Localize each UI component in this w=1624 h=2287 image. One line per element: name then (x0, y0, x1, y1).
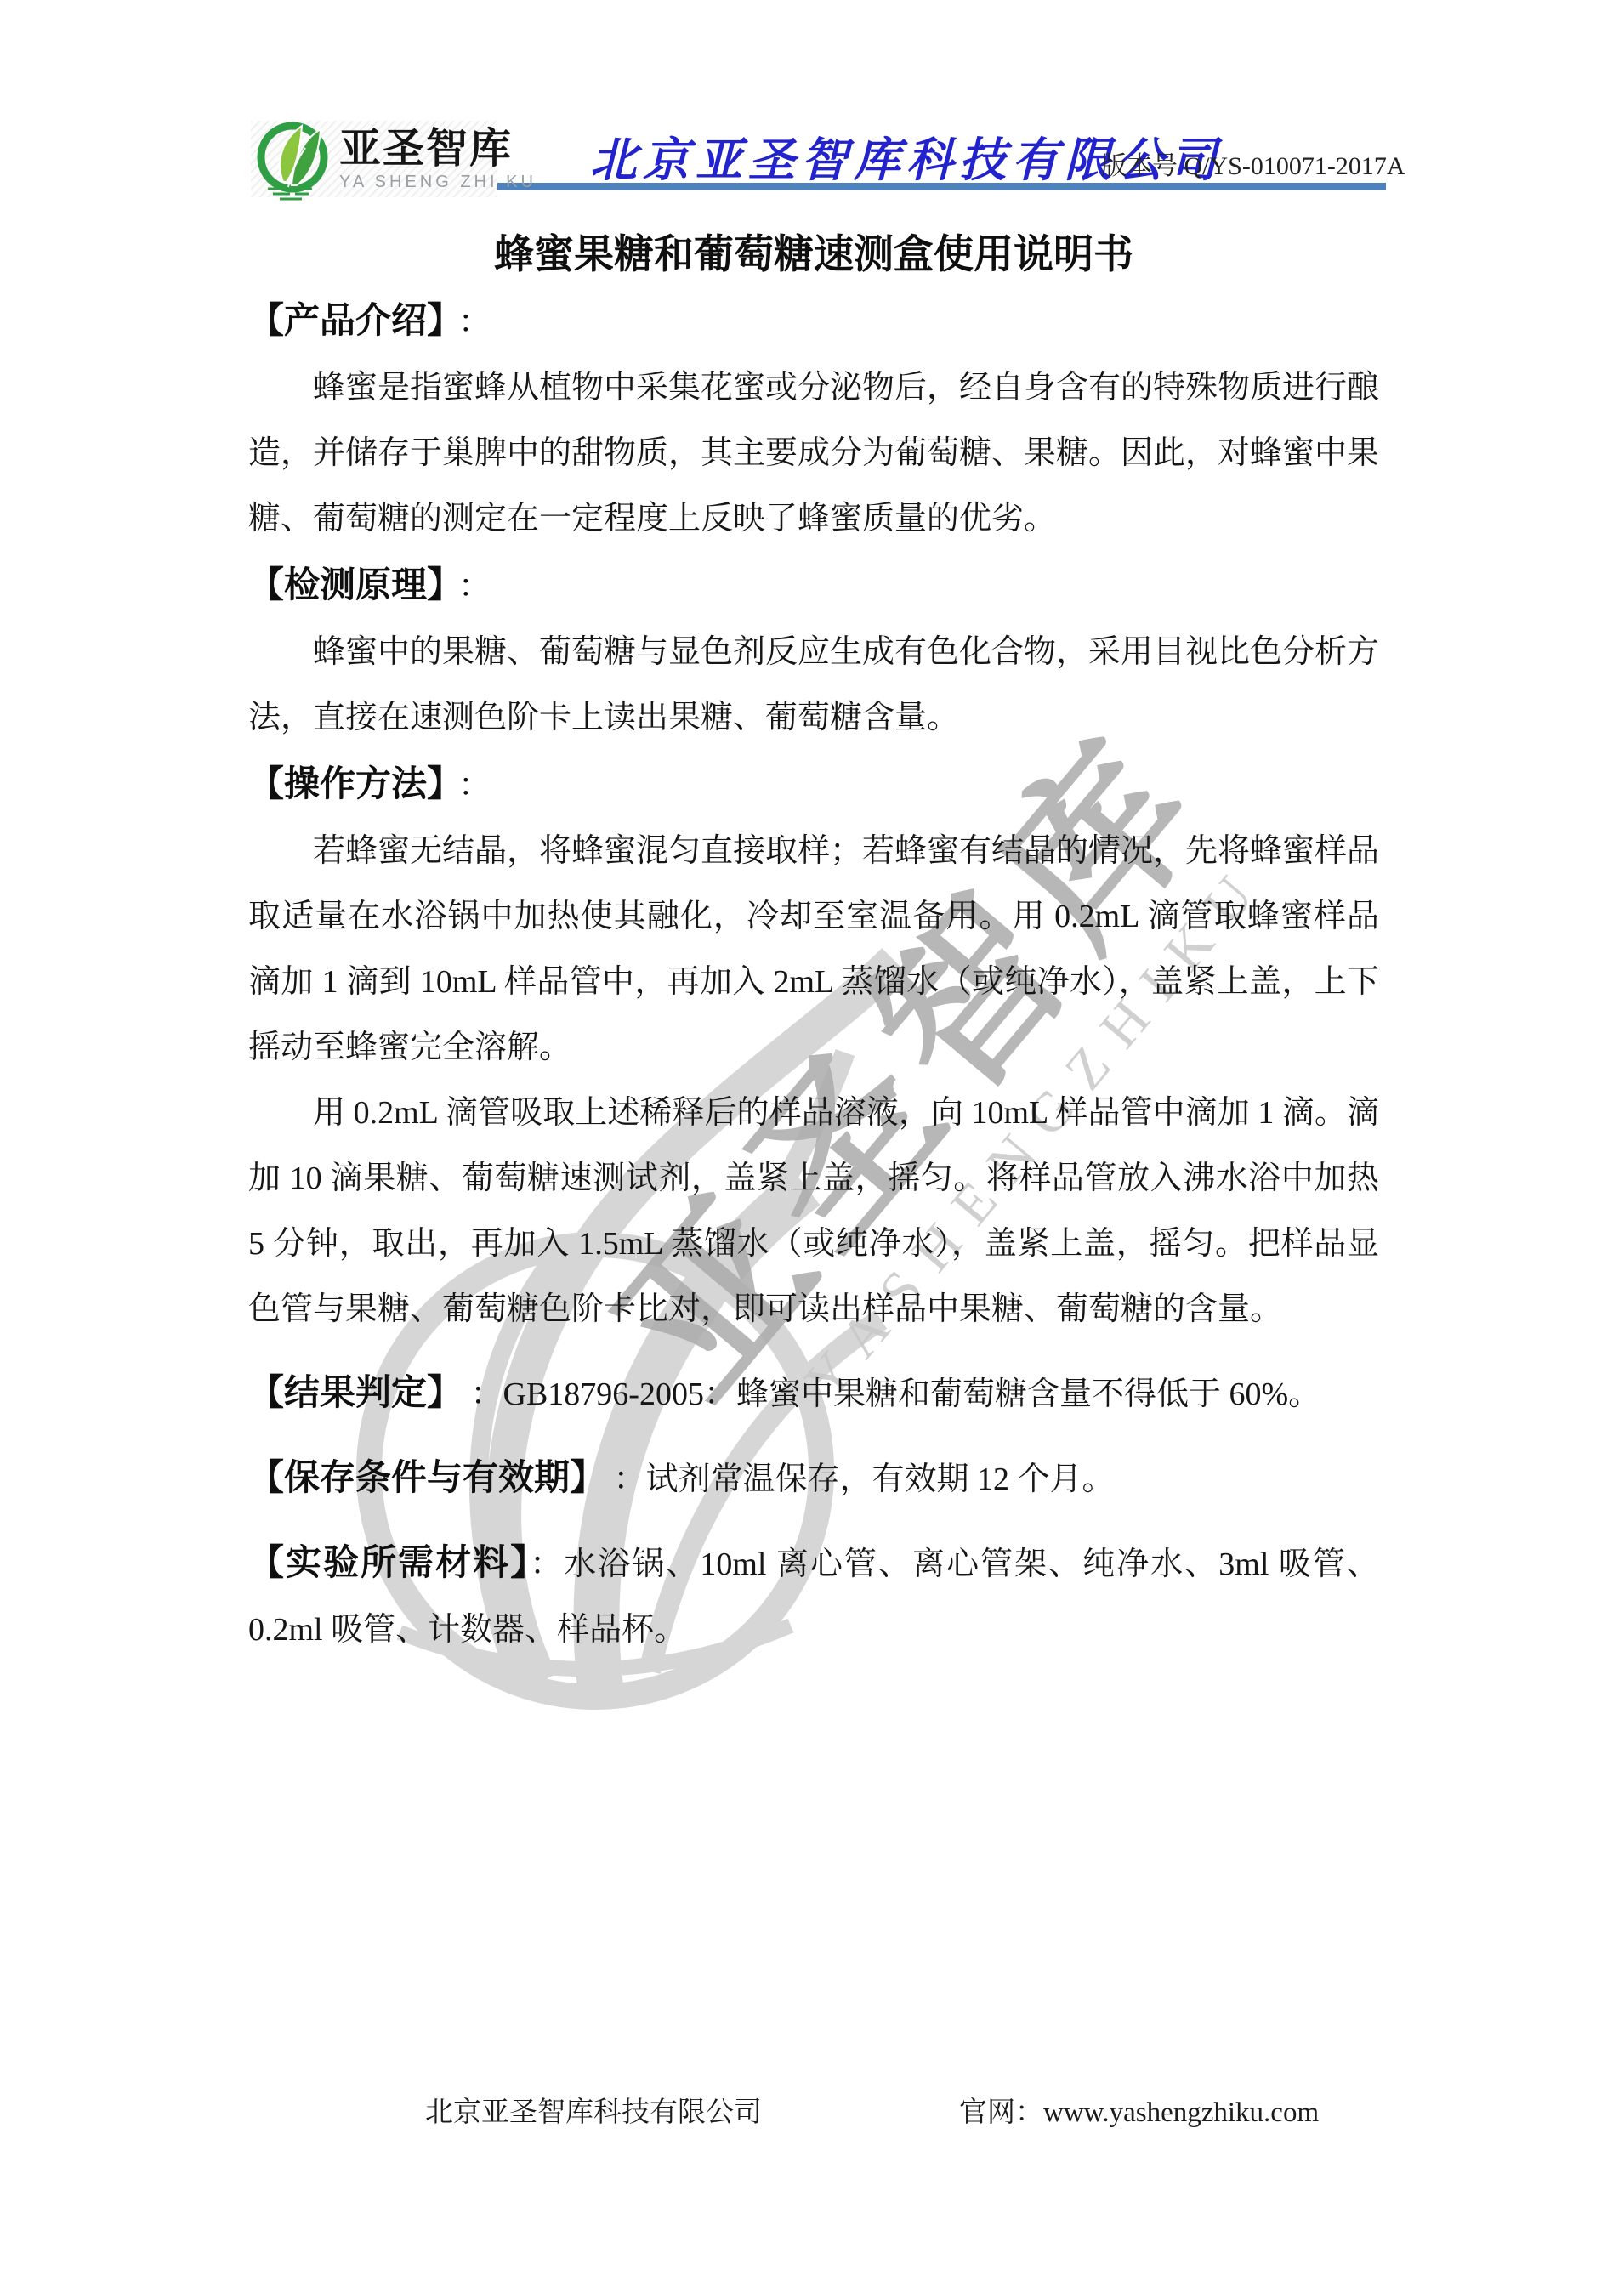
section-heading-text: 【检测原理】 (248, 565, 445, 604)
heading-colon: ： (458, 304, 491, 340)
logo-name-en: YA SHENG ZHI KU (339, 173, 494, 192)
section-heading-detection-principle: 【检测原理】： (248, 552, 1379, 620)
page-title: 蜂蜜果糖和葡萄糖速测盒使用说明书 (248, 221, 1379, 287)
page-footer: 北京亚圣智库科技有限公司 官网：www.yashengzhiku.com (0, 2090, 1624, 2141)
section-heading-text: 【保存条件与有效期】 (248, 1457, 605, 1497)
document-page: 亚圣智库 YASHENGZHIKU 亚圣智库 YA SHENG ZHI KU (0, 0, 1624, 2287)
document-content: 蜂蜜果糖和葡萄糖速测盒使用说明书 【产品介绍】： 蜂蜜是指蜜蜂从植物中采集花蜜或… (248, 221, 1379, 1663)
footer-website-url: www.yashengzhiku.com (1043, 2097, 1319, 2128)
paragraph-product-intro: 蜂蜜是指蜜蜂从植物中采集花蜜或分泌物后，经自身含有的特殊物质进行酿造，并储存于巢… (248, 355, 1379, 552)
logo-text: 亚圣智库 YA SHENG ZHI KU (339, 128, 494, 192)
paragraph-operation-method-2: 用 0.2mL 滴管吸取上述稀释后的样品溶液，向 10mL 样品管中滴加 1 滴… (248, 1081, 1379, 1342)
footer-website: 官网：www.yashengzhiku.com (959, 2090, 1319, 2130)
leaf-circle-logo-icon (253, 117, 336, 201)
footer-website-label: 官网： (959, 2097, 1043, 2128)
company-logo: 亚圣智库 YA SHENG ZHI KU (251, 121, 497, 197)
section-heading-text: 【操作方法】 (248, 763, 445, 803)
section-heading-text: 【实验所需材料】 (248, 1542, 530, 1582)
logo-name-zh: 亚圣智库 (339, 128, 494, 171)
section-required-materials: 【实验所需材料】：水浴锅、10ml 离心管、离心管架、纯净水、3ml 吸管、0.… (248, 1529, 1379, 1663)
section-heading-operation-method: 【操作方法】： (248, 751, 1379, 819)
paragraph-detection-principle: 蜂蜜中的果糖、葡萄糖与显色剂反应生成有色化合物，采用目视比色分析方法，直接在速测… (248, 620, 1379, 751)
heading-colon: ： (458, 768, 491, 803)
section-heading-text: 【产品介绍】 (248, 300, 445, 340)
page-header: 亚圣智库 YA SHENG ZHI KU 北京亚圣智库科技有限公司 版本号 Q/… (0, 0, 1624, 204)
section-storage-validity: 【保存条件与有效期】 ：试剂常温保存，有效期 12 个月。 (248, 1444, 1379, 1512)
section-heading-product-intro: 【产品介绍】： (248, 287, 1379, 355)
section-result-judgement: 【结果判定】 ：GB18796-2005：蜂蜜中果糖和葡萄糖含量不得低于 60%… (248, 1359, 1379, 1427)
version-number: 版本号 Q/YS-010071-2017A (1101, 145, 1405, 182)
paragraph-operation-method-1: 若蜂蜜无结晶，将蜂蜜混匀直接取样；若蜂蜜有结晶的情况，先将蜂蜜样品取适量在水浴锅… (248, 819, 1379, 1081)
footer-company-name: 北京亚圣智库科技有限公司 (425, 2090, 762, 2130)
section-inline-text: ：试剂常温保存，有效期 12 个月。 (605, 1461, 1115, 1497)
section-inline-text: ：GB18796-2005：蜂蜜中果糖和葡萄糖含量不得低于 60%。 (463, 1376, 1320, 1412)
section-heading-text: 【结果判定】 (248, 1372, 463, 1412)
heading-colon: ： (458, 569, 491, 604)
